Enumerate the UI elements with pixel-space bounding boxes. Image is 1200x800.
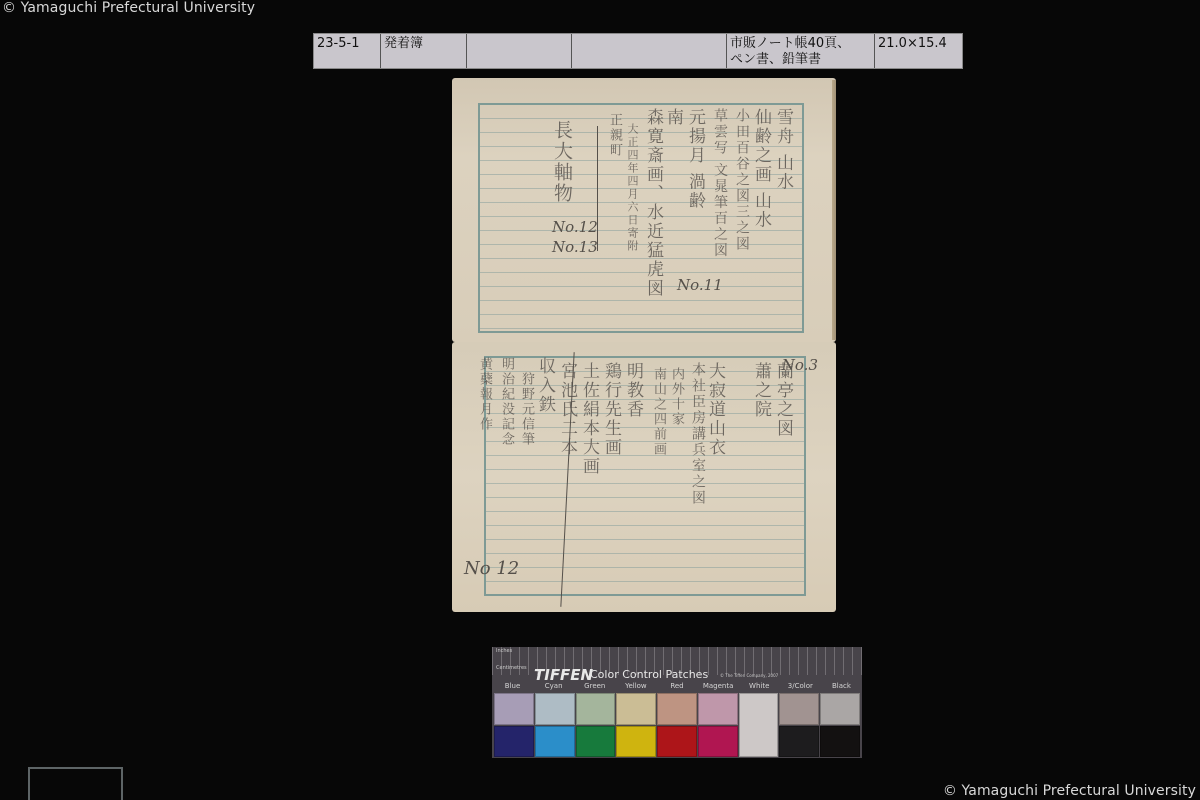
note-no11: No.11 [677, 276, 723, 294]
patch-green [576, 726, 616, 758]
patch-label-red: Red [656, 682, 697, 690]
catalog-blank-1 [467, 34, 572, 68]
patch-cyan [535, 726, 575, 758]
catalog-id: 23-5-1 [314, 34, 381, 68]
handwriting: 収入鉄 [533, 357, 558, 414]
patch-white [739, 693, 779, 757]
handwriting: 元揚月 渦齢 [683, 108, 708, 210]
patch-label-cyan: Cyan [533, 682, 574, 690]
catalog-dimensions: 21.0×15.4 [875, 34, 962, 68]
patch-yellow [616, 726, 656, 758]
patch-red-light [657, 693, 697, 725]
handwriting: 正親町 [605, 113, 624, 158]
handwriting: 狩野元信筆 [517, 372, 536, 447]
watermark-bottom: © Yamaguchi Prefectural University [943, 783, 1196, 799]
handwriting: 土佐絹本大画 [577, 362, 602, 476]
patch-labels: Blue Cyan Green Yellow Red Magenta White… [492, 682, 862, 690]
handwriting: 仙齢之画 山水 [749, 108, 774, 229]
patch-red [657, 726, 697, 758]
ruler-inches-label: Inches [496, 648, 512, 654]
patch-blue-light [494, 693, 534, 725]
patch-black-light [820, 693, 860, 725]
ruler-cm-label: Centimetres [496, 665, 527, 671]
patch-label-blue: Blue [492, 682, 533, 690]
page-edge [832, 80, 836, 340]
note-no12: No.12 [552, 218, 598, 236]
handwriting: 明教香 [621, 362, 646, 419]
notebook-page-bottom: No.3 蘭亭之図 蕭之院 大寂道山衣 本社臣房講兵室之図 内外十家 南山之四前… [452, 342, 836, 612]
note-no13: No.13 [552, 238, 598, 256]
patch-label-3color: 3/Color [780, 682, 821, 690]
note-no12-bottom: No 12 [464, 558, 519, 579]
chart-copyright: © The Tiffen Company, 2007 [720, 673, 778, 678]
patch-label-yellow: Yellow [615, 682, 656, 690]
notebook-page-top: 雪舟 山水 仙齢之画 山水 小田百谷之図三之図 草雲写 文晁筆百之図 元揚月 渦… [452, 78, 836, 342]
patch-3color [779, 726, 819, 758]
patch-yellow-light [616, 693, 656, 725]
handwriting: 雪舟 山水 [771, 108, 796, 191]
glass-weight [28, 767, 123, 800]
watermark-top: © Yamaguchi Prefectural University [2, 0, 255, 16]
patch-magenta-light [698, 693, 738, 725]
notebook: 雪舟 山水 仙齢之画 山水 小田百谷之図三之図 草雲写 文晁筆百之図 元揚月 渦… [452, 78, 838, 615]
catalog-blank-2 [572, 34, 727, 68]
chart-title: Color Control Patches [590, 668, 708, 681]
handwriting: 長大軸物 [549, 120, 576, 204]
handwriting: 草雲写 文晁筆百之図 [710, 108, 730, 258]
catalog-description: 市販ノート帳40頁、 ペン書、鉛筆書 [727, 34, 875, 68]
patch-label-magenta: Magenta [698, 682, 739, 690]
patch-blue [494, 726, 534, 758]
handwriting: 蘭亭之図 [771, 362, 796, 438]
handwriting: 鶏行先生画 [599, 362, 624, 457]
handwriting: 蕭之院 [749, 362, 774, 419]
handwriting: 明治紀没記念 [497, 357, 516, 447]
handwriting: 大正四年四月六日寄附 [624, 123, 640, 253]
patch-magenta [698, 726, 738, 758]
handwriting: 本社臣房講兵室之図 [688, 362, 708, 506]
patch-label-black: Black [821, 682, 862, 690]
patch-black [820, 726, 860, 758]
patch-label-green: Green [574, 682, 615, 690]
catalog-label: 23-5-1 発着簿 市販ノート帳40頁、 ペン書、鉛筆書 21.0×15.4 [313, 33, 963, 69]
patch-cyan-light [535, 693, 575, 725]
handwriting: 南山之四前画 [649, 367, 668, 457]
color-patches [494, 693, 860, 757]
handwriting: 小田百谷之図三之図 [732, 108, 752, 252]
patch-label-white: White [739, 682, 780, 690]
handwriting: 黄蘗報月作 [475, 357, 494, 432]
patch-green-light [576, 693, 616, 725]
color-control-chart: Inches Centimetres TIFFEN Color Control … [492, 647, 862, 758]
patch-3color-light [779, 693, 819, 725]
handwriting: 内外十家 [667, 367, 686, 427]
handwriting: 宮池氏二本 [555, 362, 580, 457]
handwriting: 森寛斎画、水近猛虎図 [641, 108, 666, 298]
catalog-title: 発着簿 [381, 34, 467, 68]
